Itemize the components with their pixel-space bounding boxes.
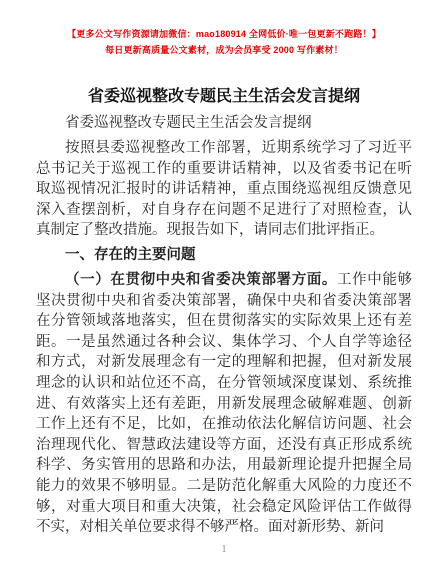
paragraph-intro: 按照县委巡视整改工作部署，近期系统学习了习近平总书记关于巡视工作的重要讲话精神，…: [36, 138, 412, 241]
paragraph-lead: （一）在贯彻中央和省委决策部署方面。: [65, 272, 337, 288]
notice-line-1: 【更多公文写作资源请加微信：mao180914 全网低价·唯一包更新不跑路！】: [36, 26, 412, 42]
paragraph-body: 工作中能够坚决贯彻中央和省委决策部署，确保中央和省委决策部署在分管领域落地落实，…: [36, 272, 412, 535]
paragraph-section-one: （一）在贯彻中央和省委决策部署方面。工作中能够坚决贯彻中央和省委决策部署，确保中…: [36, 270, 412, 538]
section-heading-problems: 一、存在的主要问题: [36, 245, 412, 266]
doc-subtitle: 省委巡视整改专题民主生活会发言提纲: [36, 113, 412, 134]
page-number: 1: [0, 543, 448, 557]
document-page: 【更多公文写作资源请加微信：mao180914 全网低价·唯一包更新不跑路！】 …: [0, 0, 448, 580]
page-title: 省委巡视整改专题民主生活会发言提纲: [36, 86, 412, 108]
header-notice: 【更多公文写作资源请加微信：mao180914 全网低价·唯一包更新不跑路！】 …: [36, 26, 412, 58]
notice-line-2: 每日更新高质量公文素材，成为会员享受 2000 写作素材！: [36, 42, 412, 58]
